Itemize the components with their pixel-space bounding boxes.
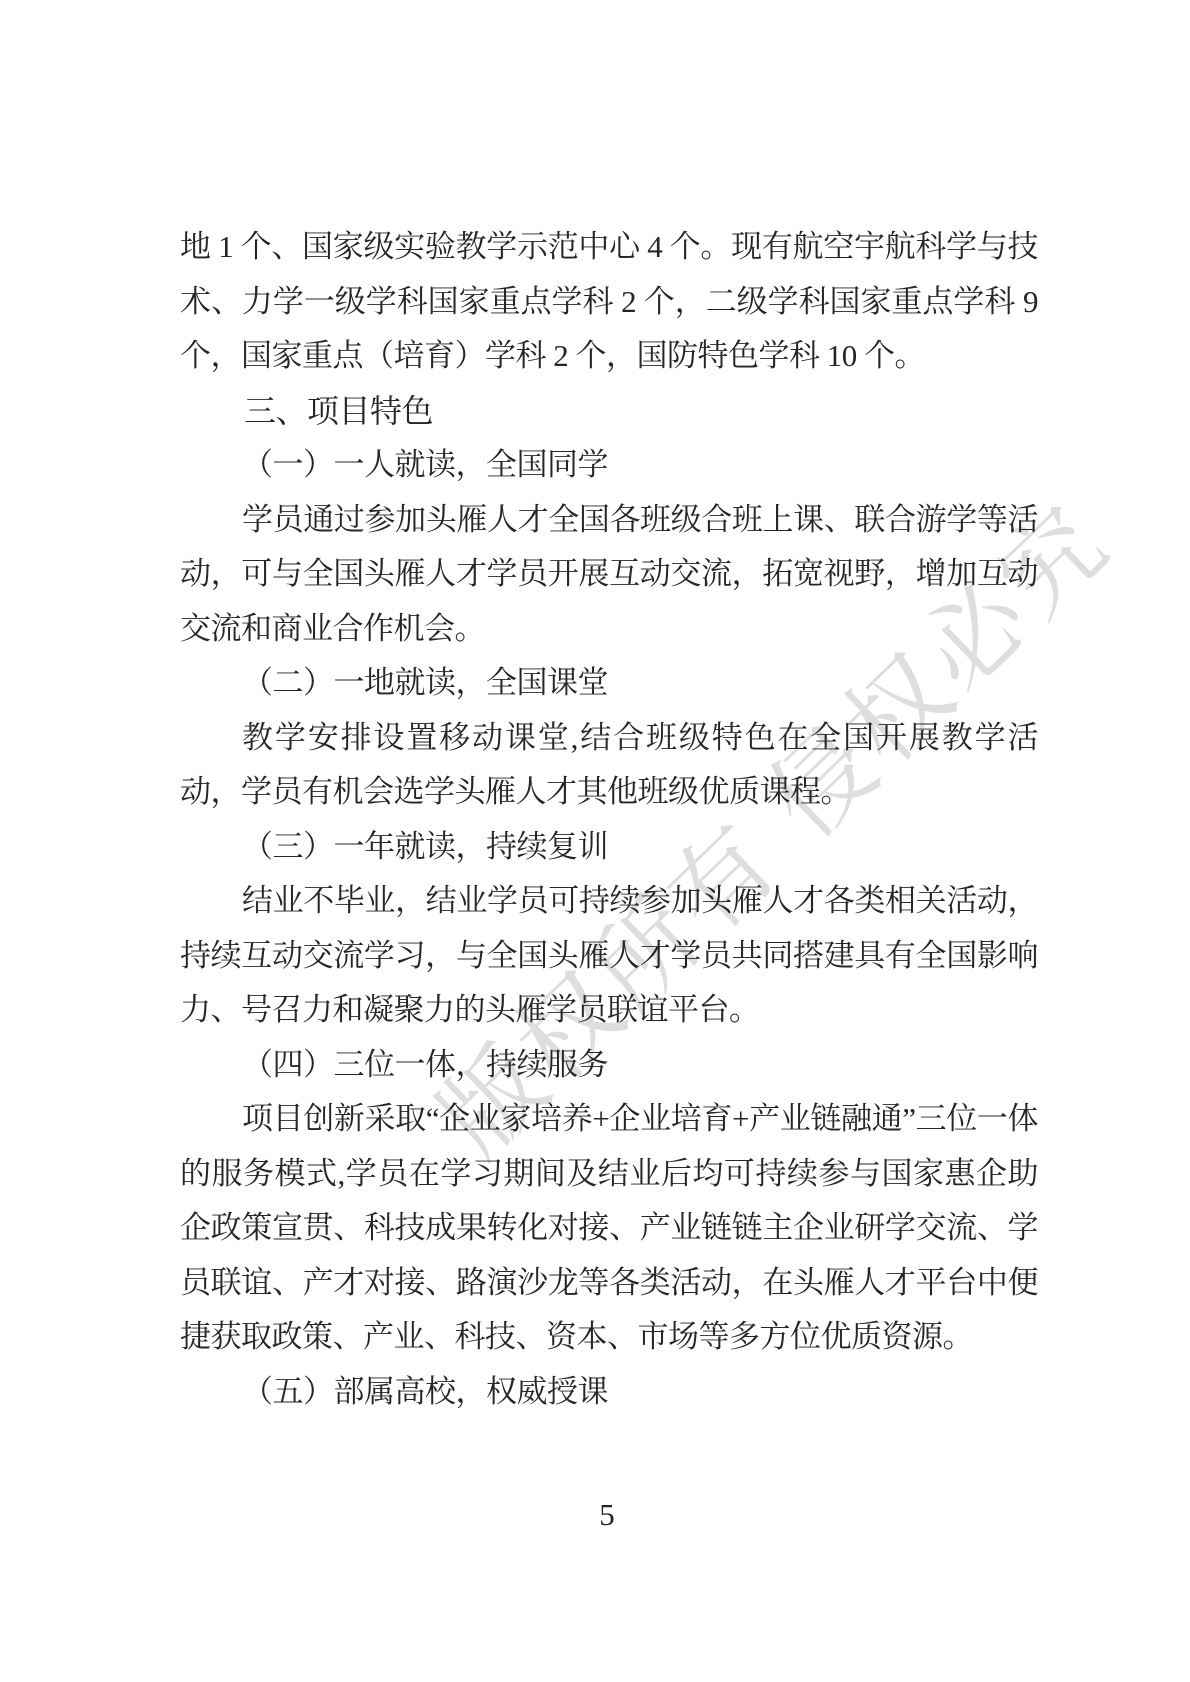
document-content: 地 1 个、国家级实验教学示范中心 4 个。现有航空宇航科学与技术、力学一级学科…	[180, 220, 1038, 1419]
paragraph: 学员通过参加头雁人才全国各班级合班上课、联合游学等活动，可与全国头雁人才学员开展…	[180, 493, 1038, 657]
paragraph: 项目创新采取“企业家培养+企业培育+产业链融通”三位一体的服务模式,学员在学习期…	[180, 1092, 1038, 1365]
document-page: 版权所有 侵权必究 地 1 个、国家级实验教学示范中心 4 个。现有航空宇航科学…	[0, 0, 1190, 1682]
paragraph-continuation: 地 1 个、国家级实验教学示范中心 4 个。现有航空宇航科学与技术、力学一级学科…	[180, 220, 1038, 384]
paragraph: 教学安排设置移动课堂,结合班级特色在全国开展教学活动，学员有机会选学头雁人才其他…	[180, 711, 1038, 820]
subsection-heading-5: （五）部属高校，权威授课	[180, 1365, 1038, 1420]
subsection-heading-3: （三）一年就读，持续复训	[180, 820, 1038, 875]
page-number: 5	[0, 1497, 1190, 1533]
subsection-heading-1: （一）一人就读，全国同学	[180, 438, 1038, 493]
paragraph: 结业不毕业，结业学员可持续参加头雁人才各类相关活动，持续互动交流学习，与全国头雁…	[180, 874, 1038, 1038]
section-heading-project-features: 三、项目特色	[180, 384, 1038, 439]
subsection-heading-4: （四）三位一体，持续服务	[180, 1038, 1038, 1093]
subsection-heading-2: （二）一地就读，全国课堂	[180, 656, 1038, 711]
